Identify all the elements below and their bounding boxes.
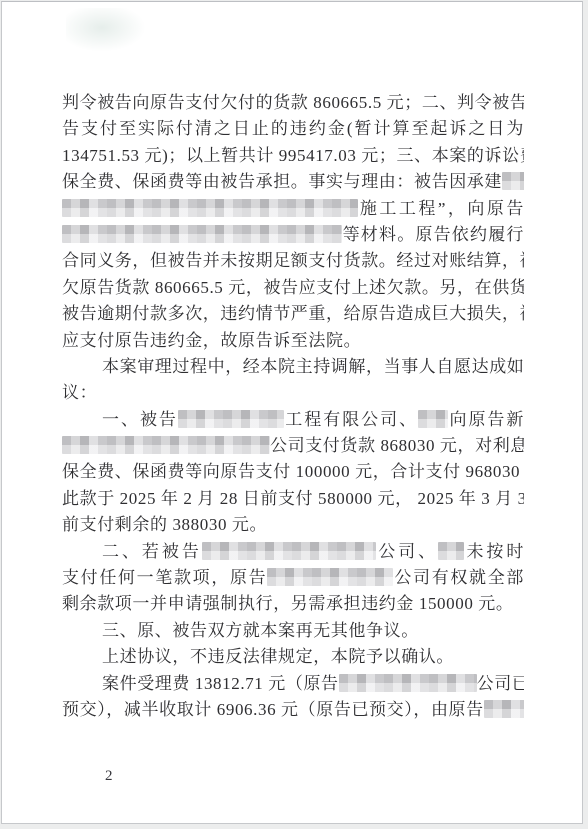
document-line: 预交），减半收取计 6906.36 元（原告已预交），由原告 (62, 697, 524, 723)
redacted-text-block (418, 410, 448, 428)
document-line: 前支付剩余的 388030 元。 (62, 512, 524, 538)
text-run: 此款于 2025 年 2 月 28 日前支付 580000 元， 2025 年 … (62, 489, 524, 508)
redacted-text-block (202, 542, 376, 560)
text-run: 本案审理过程中，经本院主持调解，当事人自愿达成如下协 (102, 357, 524, 376)
text-run: 应支付原告违约金，故原告诉至法院。 (62, 331, 361, 350)
redacted-text-block (62, 436, 270, 454)
document-line: 剩余款项一并申请强制执行，另需承担违约金 150000 元。 (62, 591, 524, 617)
document-line: 告支付至实际付清之日止的违约金(暂计算至起诉之日为 (62, 116, 524, 142)
redacted-text-block (502, 172, 524, 190)
document-line: 本案审理过程中，经本院主持调解，当事人自愿达成如下协 (62, 354, 524, 380)
redacted-text-block (62, 199, 358, 217)
text-run: 向原告新 (448, 410, 524, 429)
text-run: 合同义务，但被告并未按期足额支付货款。经过对账结算，被告 (62, 251, 524, 270)
redacted-text-block (267, 568, 393, 586)
text-run: 公司已 (477, 674, 524, 693)
text-run: 工程有限公司、 (284, 410, 418, 429)
document-line: 公司支付货款 868030 元，对利息、诉讼费、 (62, 433, 524, 459)
redacted-text-block (484, 700, 524, 718)
text-run: 三、原、被告双方就本案再无其他争议。 (102, 621, 419, 640)
redacted-text-block (62, 225, 342, 243)
scanned-document-page: 判令被告向原告支付欠付的货款 860665.5 元；二、判令被告向原告支付至实际… (0, 0, 588, 829)
document-line: 此款于 2025 年 2 月 28 日前支付 580000 元， 2025 年 … (62, 486, 524, 512)
redacted-text-block (178, 410, 284, 428)
document-line: 合同义务，但被告并未按期足额支付货款。经过对账结算，被告 (62, 248, 524, 274)
redacted-text-block (438, 542, 464, 560)
document-line: 134751.53 元)；以上暂共计 995417.03 元；三、本案的诉讼费、 (62, 143, 524, 169)
text-run: 上述协议，不违反法律规定，本院予以确认。 (102, 647, 454, 666)
document-line: 应支付原告违约金，故原告诉至法院。 (62, 328, 524, 354)
text-run: 预交），减半收取计 6906.36 元（原告已预交），由原告 (62, 700, 484, 719)
text-run: 欠原告货款 860665.5 元，被告应支付上述欠款。另，在供货期间 (62, 278, 524, 297)
text-run: 保全费、保函费等向原告支付 100000 元，合计支付 968030 元， (62, 462, 524, 481)
document-line: 上述协议，不违反法律规定，本院予以确认。 (62, 644, 524, 670)
document-line: 案件受理费 13812.71 元（原告公司已 (62, 671, 524, 697)
page-number: 2 (105, 768, 113, 785)
document-line: 保全费、保函费等由被告承担。事实与理由：被告因承建 (62, 169, 524, 195)
document-body: 判令被告向原告支付欠付的货款 860665.5 元；二、判令被告向原告支付至实际… (62, 90, 524, 723)
document-line: 保全费、保函费等向原告支付 100000 元，合计支付 968030 元， (62, 459, 524, 485)
document-line: 三、原、被告双方就本案再无其他争议。 (62, 618, 524, 644)
text-run: 案件受理费 13812.71 元（原告 (102, 674, 339, 693)
document-line: 一、被告工程有限公司、向原告新 (62, 407, 524, 433)
text-run: 134751.53 元)；以上暂共计 995417.03 元；三、本案的诉讼费、 (62, 146, 524, 165)
text-run: 一、被告 (102, 410, 178, 429)
text-run: 公司、 (376, 542, 438, 561)
document-line: 欠原告货款 860665.5 元，被告应支付上述欠款。另，在供货期间 (62, 275, 524, 301)
page-sheet: 判令被告向原告支付欠付的货款 860665.5 元；二、判令被告向原告支付至实际… (1, 1, 583, 824)
text-run: 公司有权就全部 (393, 568, 524, 587)
text-run: 二、若被告 (102, 542, 202, 561)
text-run: 保全费、保函费等由被告承担。事实与理由：被告因承建 (62, 172, 502, 191)
text-run: 前支付剩余的 388030 元。 (62, 515, 267, 534)
text-run: 被告逾期付款多次，违约情节严重，给原告造成巨大损失，被告 (62, 304, 524, 323)
text-run: 等材料。原告依约履行 (342, 225, 524, 244)
document-line: 二、若被告公司、未按时 (62, 539, 524, 565)
document-line: 等材料。原告依约履行 (62, 222, 524, 248)
text-run: 施工工程”，向原告 (358, 199, 524, 218)
text-run: 公司支付货款 868030 元，对利息、诉讼费、 (270, 436, 524, 455)
scan-smudge (66, 8, 146, 52)
document-line: 判令被告向原告支付欠付的货款 860665.5 元；二、判令被告向原 (62, 90, 524, 116)
text-run: 告支付至实际付清之日止的违约金(暂计算至起诉之日为 (62, 119, 524, 138)
document-line: 施工工程”，向原告 (62, 196, 524, 222)
text-run: 剩余款项一并申请强制执行，另需承担违约金 150000 元。 (62, 594, 514, 613)
document-line: 议： (62, 380, 524, 406)
document-line: 被告逾期付款多次，违约情节严重，给原告造成巨大损失，被告 (62, 301, 524, 327)
document-line: 支付任何一笔款项，原告公司有权就全部 (62, 565, 524, 591)
text-run: 议： (62, 383, 97, 402)
text-run: 判令被告向原告支付欠付的货款 860665.5 元；二、判令被告向原 (62, 93, 524, 112)
text-run: 未按时 (464, 542, 524, 561)
text-run: 支付任何一笔款项，原告 (62, 568, 267, 587)
redacted-text-block (339, 674, 477, 692)
